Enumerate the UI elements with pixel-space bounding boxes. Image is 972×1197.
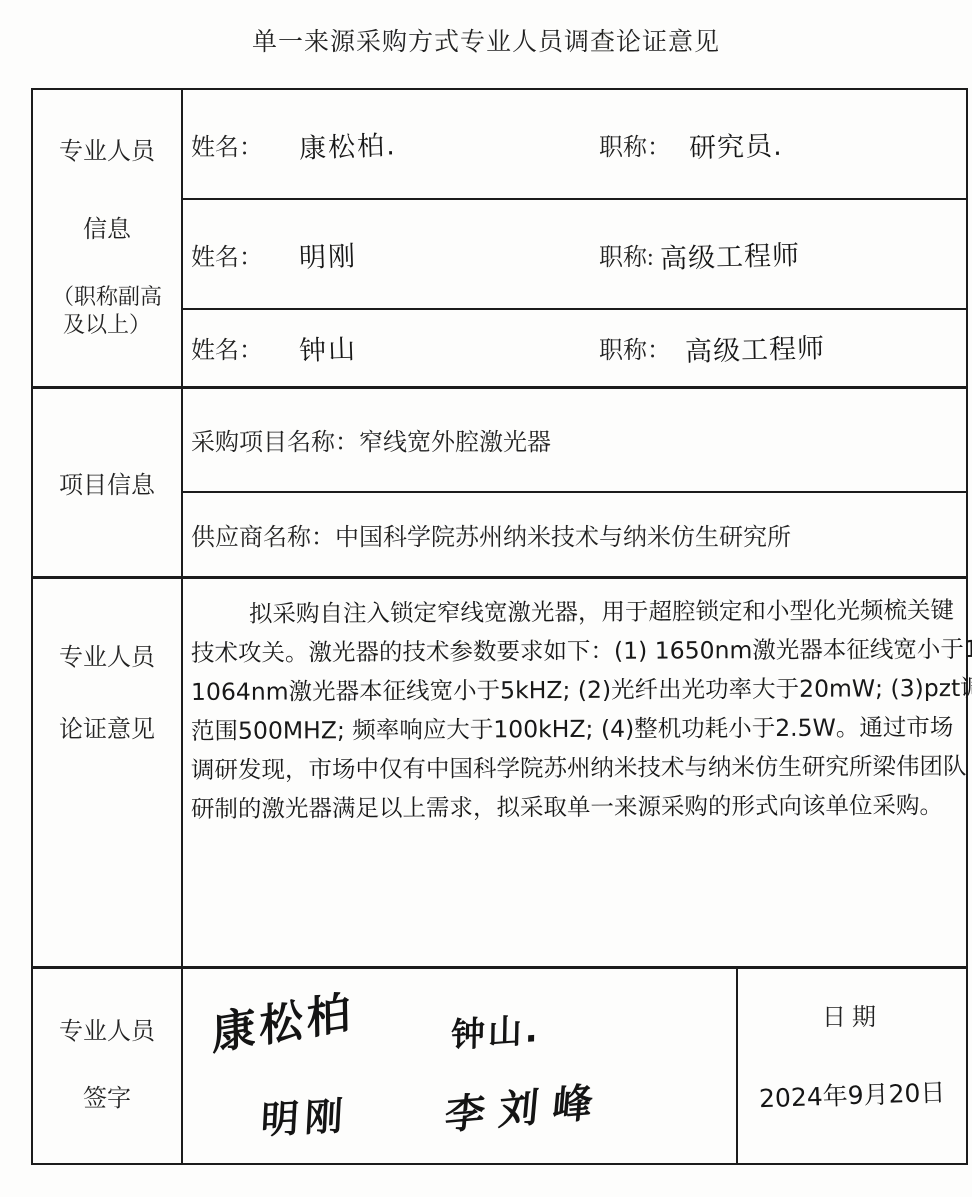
opinion-line-6: 研制的激光器满足以上需求，拟采取单一来源采购的形式向该单位采购。 xyxy=(191,785,958,828)
opinion-line-3: 1064nm激光器本征线宽小于5kHZ; (2)光纤出光功率大于20mW; (3… xyxy=(191,668,958,711)
personnel-section-header: 专业人员 信息 （职称副高 及以上） xyxy=(32,89,182,387)
project-name-value: 窄线宽外腔激光器 xyxy=(359,430,551,456)
signature-zhongshan: 钟山. xyxy=(451,1001,542,1056)
project-name-cell: 采购项目名称：窄线宽外腔激光器 xyxy=(182,387,967,492)
personnel-header-line2: 信息 xyxy=(41,215,173,245)
personnel-cell-1: 姓名： 康松柏. 职称： 研究员. xyxy=(182,89,967,199)
signature-area: 康松柏 钟山. 明刚 李刘峰 xyxy=(182,967,737,1164)
scanned-form-page: 单一来源采购方式专业人员调查论证意见 专业人员 信息 （职称副高 及以上） 姓名… xyxy=(0,0,972,1197)
signature-row: 专业人员 签字 康松柏 钟山. 明刚 李刘峰 日期 2024年9月20日 xyxy=(32,967,967,1164)
project-name-label: 采购项目名称： xyxy=(191,430,359,456)
name-label-2: 姓名： xyxy=(191,237,263,272)
signature-kangsongbai: 康松柏 xyxy=(211,975,354,1062)
personnel-cell-2: 姓名： 明刚 职称: 高级工程师 xyxy=(182,199,967,309)
signature-header-line1: 专业人员 xyxy=(41,1017,173,1048)
name-label-3: 姓名： xyxy=(191,330,263,365)
personnel-header-line3: （职称副高 xyxy=(41,283,173,311)
title-value-2: 高级工程师 xyxy=(659,233,800,276)
project-section-header: 项目信息 xyxy=(32,387,182,577)
name-label-1: 姓名： xyxy=(191,127,263,162)
opinion-header-line1: 专业人员 xyxy=(41,643,173,673)
opinion-line-1: 拟采购自注入锁定窄线宽激光器，用于超腔锁定和小型化光频梳关键 xyxy=(191,590,958,633)
title-value-3: 高级工程师 xyxy=(685,326,826,369)
name-value-3: 钟山 xyxy=(298,327,357,368)
supplier-label: 供应商名称： xyxy=(191,525,335,551)
title-label-3: 职称： xyxy=(599,330,671,365)
title-label-2: 职称: xyxy=(599,237,654,272)
opinion-line-4: 范围500MHZ; 频率响应大于100kHZ; (4)整机功耗小于2.5W。通过… xyxy=(191,707,958,750)
personnel-row-1: 专业人员 信息 （职称副高 及以上） 姓名： 康松柏. 职称： 研究员. xyxy=(32,89,967,199)
signature-minggang: 明刚 xyxy=(260,1084,351,1144)
opinion-line-5: 调研发现，市场中仅有中国科学院苏州纳米技术与纳米仿生研究所梁伟团队 xyxy=(191,746,958,789)
document-title: 单一来源采购方式专业人员调查论证意见 xyxy=(0,22,972,58)
project-row-1: 项目信息 采购项目名称：窄线宽外腔激光器 xyxy=(32,387,967,492)
date-label: 日期 xyxy=(746,997,958,1032)
supplier-value: 中国科学院苏州纳米技术与纳米仿生研究所 xyxy=(335,525,791,551)
opinion-section-header: 专业人员 论证意见 xyxy=(32,577,182,967)
supplier-cell: 供应商名称：中国科学院苏州纳米技术与纳米仿生研究所 xyxy=(182,492,967,577)
title-label-1: 职称： xyxy=(599,127,671,162)
date-cell: 日期 2024年9月20日 xyxy=(737,967,967,1164)
signature-header-line2: 签字 xyxy=(41,1084,173,1115)
opinion-line-2: 技术攻关。激光器的技术参数要求如下：(1) 1650nm激光器本征线宽小于100… xyxy=(191,629,958,672)
opinion-text-cell: 拟采购自注入锁定窄线宽激光器，用于超腔锁定和小型化光频梳关键 技术攻关。激光器的… xyxy=(182,577,967,967)
form-table: 专业人员 信息 （职称副高 及以上） 姓名： 康松柏. 职称： 研究员. 姓名：… xyxy=(31,88,968,1165)
name-value-1: 康松柏. xyxy=(298,123,397,165)
opinion-row: 专业人员 论证意见 拟采购自注入锁定窄线宽激光器，用于超腔锁定和小型化光频梳关键… xyxy=(32,577,967,967)
signature-section-header: 专业人员 签字 xyxy=(32,967,182,1164)
personnel-header-line4: 及以上） xyxy=(41,311,173,339)
title-value-1: 研究员. xyxy=(689,123,784,164)
date-value: 2024年9月20日 xyxy=(758,1072,945,1114)
opinion-header-line2: 论证意见 xyxy=(41,715,173,745)
signature-liliufeng: 李刘峰 xyxy=(443,1069,609,1141)
name-value-2: 明刚 xyxy=(298,233,357,274)
personnel-cell-3: 姓名： 钟山 职称： 高级工程师 xyxy=(182,309,967,387)
personnel-header-line1: 专业人员 xyxy=(41,137,173,167)
